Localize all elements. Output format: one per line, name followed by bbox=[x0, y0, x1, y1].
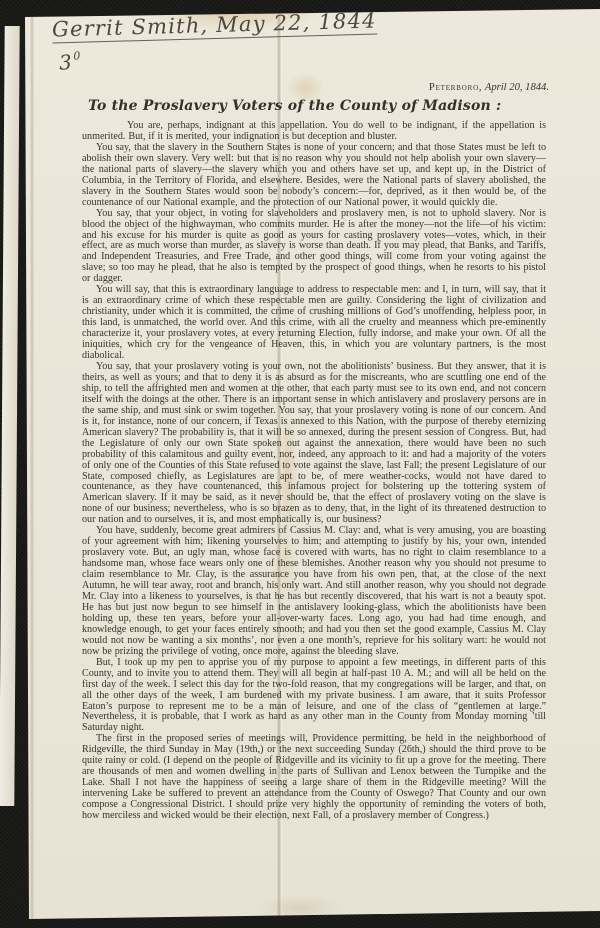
dateline-date: April 20, 1844. bbox=[482, 82, 549, 93]
letter-body: You are, perhaps, indignant at this appe… bbox=[82, 121, 546, 822]
adjacent-page-edge bbox=[0, 26, 20, 806]
handwritten-number-superscript: 0 bbox=[73, 49, 81, 62]
dateline-place: Peterboro, bbox=[429, 82, 483, 93]
handwritten-number: 3 bbox=[58, 50, 72, 75]
letter-paragraph: But, I took up my pen to apprise you of … bbox=[82, 658, 546, 735]
letter-paragraph: You say, that your object, in voting for… bbox=[82, 209, 546, 286]
letter-paragraph: You say, that your proslavery voting is … bbox=[82, 362, 546, 526]
handwritten-annotation: Gerrit Smith, May 22, 1844 bbox=[52, 8, 377, 43]
letter-title: To the Proslavery Voters of the County o… bbox=[88, 98, 501, 114]
letter-paragraph: You are, perhaps, indignant at this appe… bbox=[82, 121, 546, 143]
document-paper: Gerrit Smith, May 22, 1844 30 Peterboro,… bbox=[0, 0, 600, 928]
scan-background-mat: Gerrit Smith, May 22, 1844 30 Peterboro,… bbox=[0, 0, 600, 928]
letter-paragraph: The first in the proposed series of meet… bbox=[82, 734, 546, 822]
letter-paragraph: You will say, that this is extraordinary… bbox=[82, 285, 546, 362]
dateline: Peterboro, April 20, 1844. bbox=[429, 82, 549, 93]
handwritten-catalog-number: 30 bbox=[58, 49, 81, 74]
letter-paragraph: You have, suddenly, become great admirer… bbox=[82, 526, 546, 657]
letter-paragraph: You say, that the slavery in the Souther… bbox=[82, 143, 546, 209]
